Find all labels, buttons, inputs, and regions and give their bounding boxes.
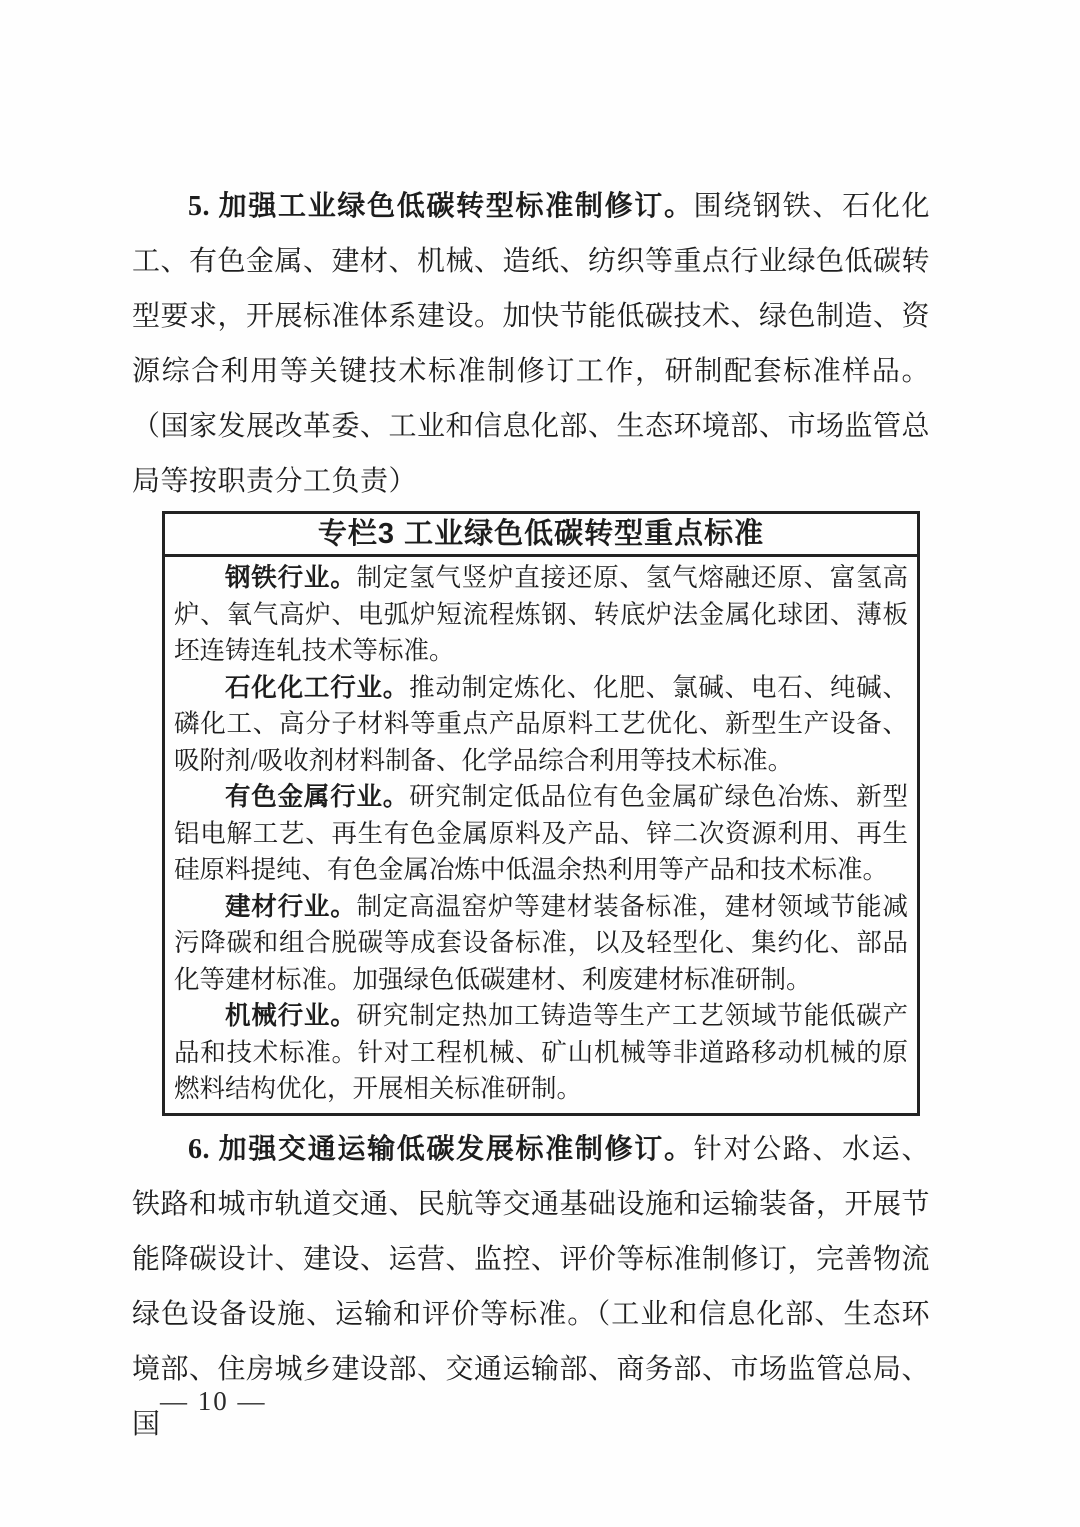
page-number: — 10 — (160, 1385, 267, 1417)
box-item-steel-lead: 钢铁行业。 (225, 564, 357, 592)
box-item-nonferrous: 有色金属行业。研究制定低品位有色金属矿绿色冶炼、新型铝电解工艺、再生有色金属原料… (174, 779, 908, 889)
paragraph-5-lead: 5. 加强工业绿色低碳转型标准制修订。 (188, 191, 694, 222)
paragraph-5: 5. 加强工业绿色低碳转型标准制修订。围绕钢铁、石化化工、有色金属、建材、机械、… (132, 179, 930, 509)
box-item-petrochemical: 石化化工行业。推动制定炼化、化肥、氯碱、电石、纯碱、磷化工、高分子材料等重点产品… (174, 670, 908, 780)
box-item-steel: 钢铁行业。制定氢气竖炉直接还原、氢气熔融还原、富氢高炉、氧气高炉、电弧炉短流程炼… (174, 560, 908, 670)
box-item-building-materials-lead: 建材行业。 (225, 893, 357, 921)
box-item-building-materials: 建材行业。制定高温窑炉等建材装备标准，建材领域节能减污降碳和组合脱碳等成套设备标… (174, 889, 908, 999)
paragraph-5-text: 围绕钢铁、石化化工、有色金属、建材、机械、造纸、纺织等重点行业绿色低碳转型要求，… (132, 191, 930, 497)
page-number-text: — 10 — (160, 1386, 267, 1416)
box-title: 专栏3 工业绿色低碳转型重点标准 (165, 514, 917, 557)
paragraph-6-lead: 6. 加强交通运输低碳发展标准制修订。 (188, 1134, 694, 1165)
special-column-3-box: 专栏3 工业绿色低碳转型重点标准 钢铁行业。制定氢气竖炉直接还原、氢气熔融还原、… (162, 511, 920, 1116)
box-item-petrochemical-lead: 石化化工行业。 (225, 674, 409, 702)
document-content: 5. 加强工业绿色低碳转型标准制修订。围绕钢铁、石化化工、有色金属、建材、机械、… (132, 179, 930, 1452)
box-item-nonferrous-lead: 有色金属行业。 (225, 783, 409, 811)
box-body: 钢铁行业。制定氢气竖炉直接还原、氢气熔融还原、富氢高炉、氧气高炉、电弧炉短流程炼… (165, 557, 917, 1113)
box-item-machinery-lead: 机械行业。 (225, 1002, 357, 1030)
box-item-machinery: 机械行业。研究制定热加工铸造等生产工艺领域节能低碳产品和技术标准。针对工程机械、… (174, 998, 908, 1108)
document-page: 5. 加强工业绿色低碳转型标准制修订。围绕钢铁、石化化工、有色金属、建材、机械、… (0, 0, 1080, 1527)
